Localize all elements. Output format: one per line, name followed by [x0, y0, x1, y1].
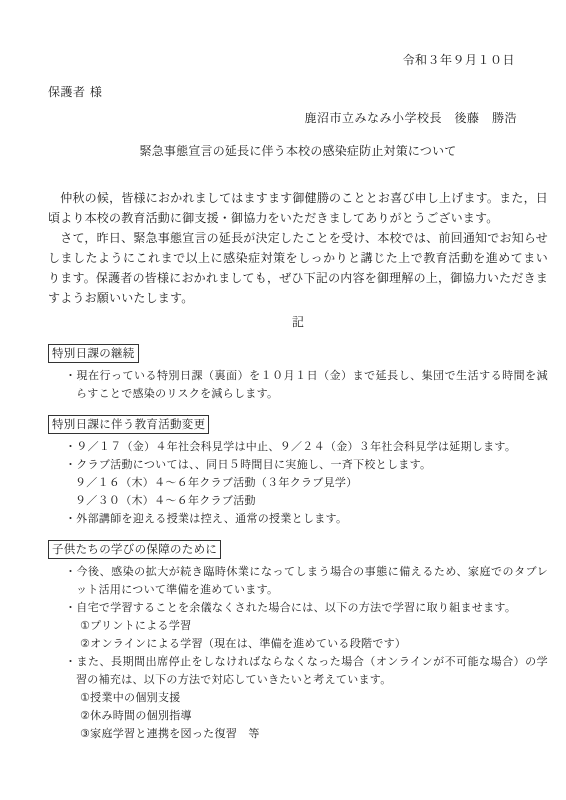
numbered-item: ①プリントによる学習: [48, 617, 548, 635]
greeting-paragraph-2: さて，昨日、緊急事態宣言の延長が決定したことを受け、本校では、前回通知でお知らせ…: [48, 228, 548, 308]
section-2: 特別日課に伴う教育活動変更・９／１７（金）４年社会科見学は中止、９／２４（金）３…: [48, 415, 548, 528]
bullet-item: ・外部講師を迎える授業は控え、通常の授業とします。: [48, 510, 548, 528]
greeting-paragraphs: 仲秋の候，皆様におかれましてはますます御健勝のこととお喜び申し上げます。また，日…: [48, 188, 548, 308]
sub-item: ９／１６（木）４～６年クラブ活動（３年クラブ見学）: [48, 474, 548, 492]
section-items: ・９／１７（金）４年社会科見学は中止、９／２４（金）３年社会科見学は延期します。…: [48, 438, 548, 528]
section-3: 子供たちの学びの保障のために・今後、感染の拡大が続き臨時休業になってしまう場合の…: [48, 540, 548, 743]
recipient-line: 保護者 様: [48, 84, 548, 100]
section-items: ・今後、感染の拡大が続き臨時休業になってしまう場合の事態に備えるため、家庭でのタ…: [48, 563, 548, 743]
bullet-item: ・また、長期間出席停止をしなければならなくなった場合（オンラインが不可能な場合）…: [48, 653, 548, 689]
bullet-item: ・９／１７（金）４年社会科見学は中止、９／２４（金）３年社会科見学は延期します。: [48, 438, 548, 456]
sender-line: 鹿沼市立みなみ小学校長 後藤 勝浩: [48, 110, 548, 126]
numbered-item: ①授業中の個別支援: [48, 689, 548, 707]
bullet-item: ・クラブ活動については、、同日５時間目に実施し、一斉下校とします。: [48, 456, 548, 474]
bullet-item: ・今後、感染の拡大が続き臨時休業になってしまう場合の事態に備えるため、家庭でのタ…: [48, 563, 548, 599]
document-date: 令和３年９月１０日: [48, 52, 548, 68]
sections-container: 特別日課の継続・現在行っている特別日課（裏面）を１０月１日（金）まで延長し、集団…: [48, 344, 548, 743]
section-items: ・現在行っている特別日課（裏面）を１０月１日（金）まで延長し、集団で生活する時間…: [48, 367, 548, 403]
section-heading: 子供たちの学びの保障のために: [48, 540, 221, 559]
section-heading: 特別日課の継続: [48, 344, 139, 363]
bullet-item: ・現在行っている特別日課（裏面）を１０月１日（金）まで延長し、集団で生活する時間…: [48, 367, 548, 403]
sub-item: ９／３０（木）４～６年クラブ活動: [48, 492, 548, 510]
document-title: 緊急事態宣言の延長に伴う本校の感染症防止対策について: [48, 142, 548, 160]
section-1: 特別日課の継続・現在行っている特別日課（裏面）を１０月１日（金）まで延長し、集団…: [48, 344, 548, 403]
numbered-item: ②オンラインによる学習（現在は、準備を進めている段階です）: [48, 635, 548, 653]
numbered-item: ②休み時間の個別指導: [48, 707, 548, 725]
greeting-paragraph-1: 仲秋の候，皆様におかれましてはますます御健勝のこととお喜び申し上げます。また，日…: [48, 188, 548, 228]
section-heading: 特別日課に伴う教育活動変更: [48, 415, 209, 434]
numbered-item: ③家庭学習と連携を図った復習 等: [48, 725, 548, 743]
document-page: 令和３年９月１０日 保護者 様 鹿沼市立みなみ小学校長 後藤 勝浩 緊急事態宣言…: [0, 0, 566, 800]
record-marker: 記: [48, 312, 548, 332]
bullet-item: ・自宅で学習することを余儀なくされた場合には、以下の方法で学習に取り組ませます。: [48, 599, 548, 617]
